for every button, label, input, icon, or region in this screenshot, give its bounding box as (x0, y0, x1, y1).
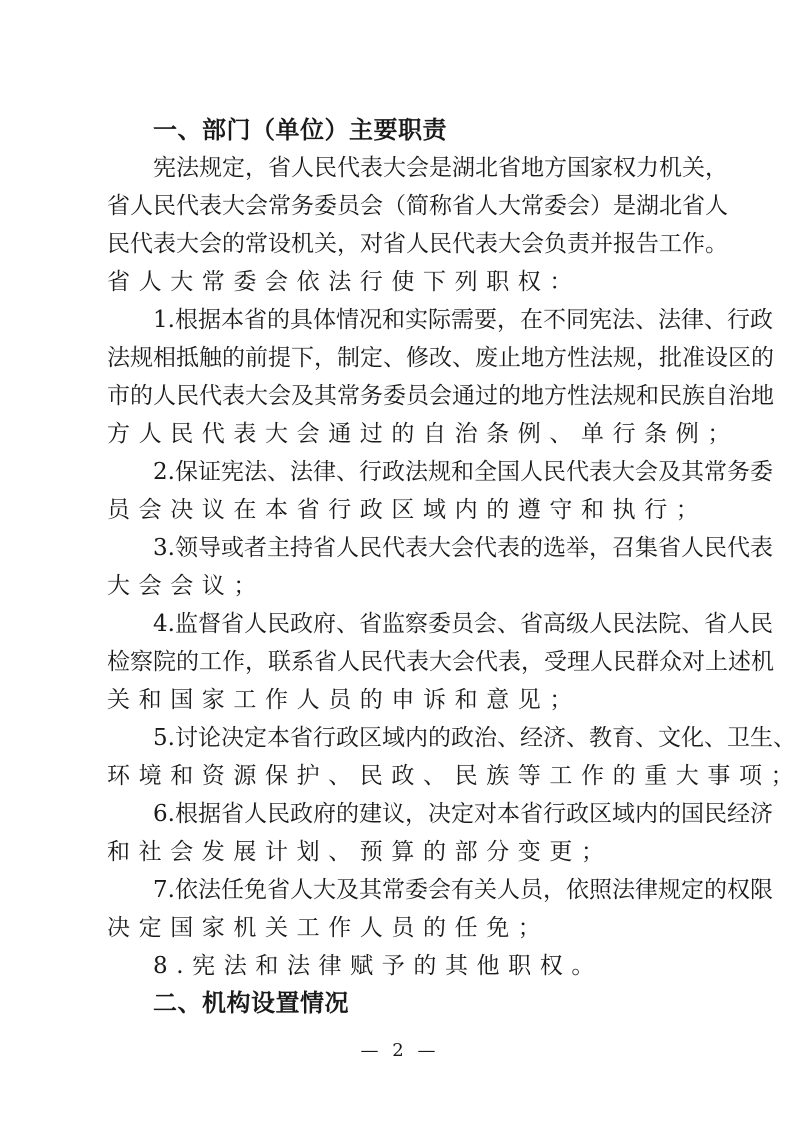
section-heading-responsibilities: 一、部门（单位）主要职责 (107, 112, 697, 149)
list-item-line: 市的人民代表大会及其常务委员会通过的地方性法规和民族自治地 (107, 377, 697, 415)
document-body: 一、部门（单位）主要职责 宪法规定，省人民代表大会是湖北省地方国家权力机关， 省… (107, 112, 697, 1022)
list-item-line: 4.监督省人民政府、省监察委员会、省高级人民法院、省人民 (107, 605, 697, 643)
list-item-line: 员会决议在本省行政区域内的遵守和执行； (107, 491, 697, 529)
list-item: 6.根据省人民政府的建议，决定对本省行政区域内的国民经济 和社会发展计划、预算的… (107, 795, 697, 871)
list-item-line: 8.宪法和法律赋予的其他职权。 (107, 947, 697, 985)
list-item-line: 2.保证宪法、法律、行政法规和全国人民代表大会及其常务委 (107, 453, 697, 491)
list-item: 3.领导或者主持省人民代表大会代表的选举，召集省人民代表 大会会议； (107, 529, 697, 605)
list-item: 7.依法任免省人大及其常委会有关人员，依照法律规定的权限 决定国家机关工作人员的… (107, 871, 697, 947)
list-item-line: 环境和资源保护、民政、民族等工作的重大事项； (107, 757, 697, 795)
list-item-line: 5.讨论决定本省行政区域内的政治、经济、教育、文化、卫生、 (107, 719, 697, 757)
list-item-line: 1.根据本省的具体情况和实际需要，在不同宪法、法律、行政 (107, 301, 697, 339)
list-item: 1.根据本省的具体情况和实际需要，在不同宪法、法律、行政 法规相抵触的前提下，制… (107, 301, 697, 453)
page-number: — 2 — (0, 1040, 800, 1061)
list-item-line: 6.根据省人民政府的建议，决定对本省行政区域内的国民经济 (107, 795, 697, 833)
paragraph-line: 省人大常委会依法行使下列职权： (107, 263, 697, 301)
list-item-line: 和社会发展计划、预算的部分变更； (107, 833, 697, 871)
list-item-line: 3.领导或者主持省人民代表大会代表的选举，召集省人民代表 (107, 529, 697, 567)
list-item-line: 7.依法任免省人大及其常委会有关人员，依照法律规定的权限 (107, 871, 697, 909)
document-page: 一、部门（单位）主要职责 宪法规定，省人民代表大会是湖北省地方国家权力机关， 省… (0, 0, 800, 1131)
list-item: 5.讨论决定本省行政区域内的政治、经济、教育、文化、卫生、 环境和资源保护、民政… (107, 719, 697, 795)
paragraph-line: 民代表大会的常设机关，对省人民代表大会负责并报告工作。 (107, 225, 697, 263)
list-item-line: 法规相抵触的前提下，制定、修改、废止地方性法规，批准设区的 (107, 339, 697, 377)
list-item-line: 方人民代表大会通过的自治条例、单行条例； (107, 415, 697, 453)
paragraph-line: 省人民代表大会常务委员会（简称省人大常委会）是湖北省人 (107, 187, 697, 225)
list-item: 4.监督省人民政府、省监察委员会、省高级人民法院、省人民 检察院的工作，联系省人… (107, 605, 697, 719)
section-heading-organization: 二、机构设置情况 (107, 985, 697, 1022)
list-item: 2.保证宪法、法律、行政法规和全国人民代表大会及其常务委 员会决议在本省行政区域… (107, 453, 697, 529)
list-item-line: 关和国家工作人员的申诉和意见； (107, 681, 697, 719)
list-item: 8.宪法和法律赋予的其他职权。 (107, 947, 697, 985)
list-item-line: 大会会议； (107, 567, 697, 605)
paragraph-line: 宪法规定，省人民代表大会是湖北省地方国家权力机关， (107, 149, 697, 187)
list-item-line: 检察院的工作，联系省人民代表大会代表，受理人民群众对上述机 (107, 643, 697, 681)
list-item-line: 决定国家机关工作人员的任免； (107, 909, 697, 947)
